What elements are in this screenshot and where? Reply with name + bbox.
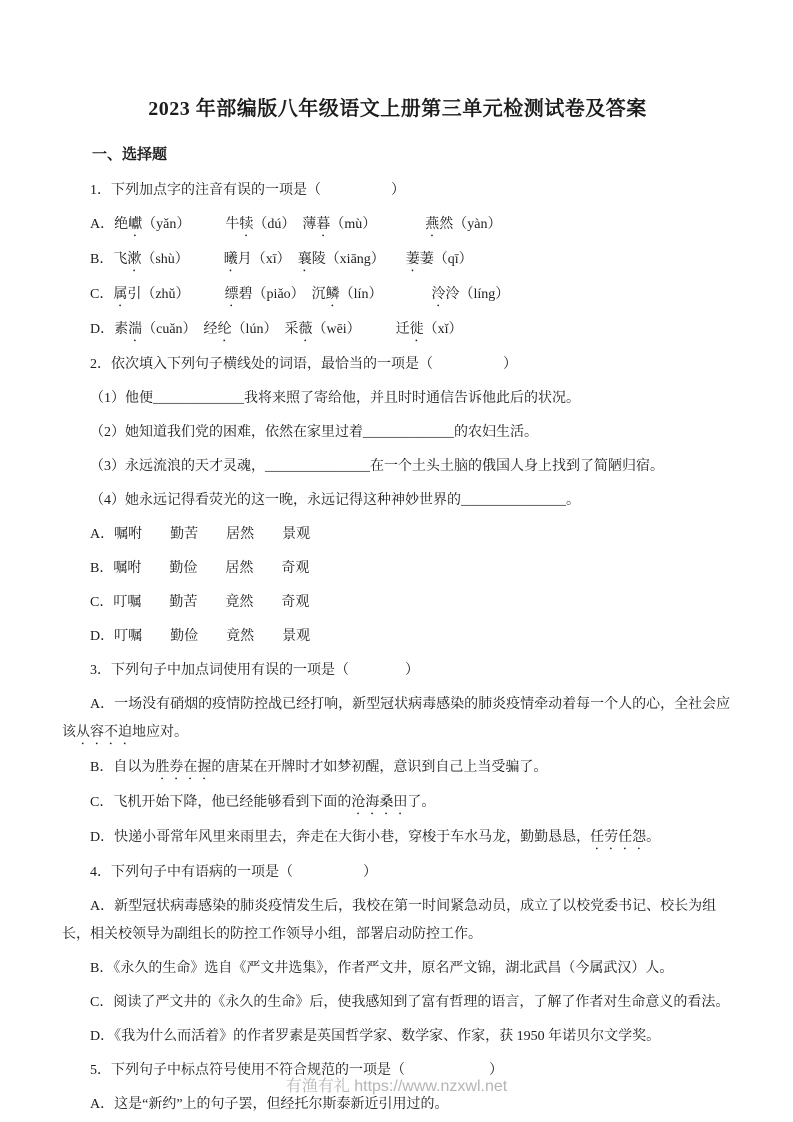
q4-stem: 4．下列句子中有语病的一项是（ ） xyxy=(62,859,733,887)
q4-option-b: B．《永久的生命》选自《严文井选集》，作者严文井，原名严文锦，湖北武昌（今属武汉… xyxy=(62,955,733,983)
q1-stem: 1．下列加点字的注音有误的一项是（ ） xyxy=(62,177,733,205)
q2-option-c: C．叮嘱 勤苦 竟然 奇观 xyxy=(62,589,733,617)
q3-stem: 3．下列句子中加点词使用有误的一项是（ ） xyxy=(62,657,733,685)
page-title: 2023 年部编版八年级语文上册第三单元检测试卷及答案 xyxy=(62,96,733,123)
section-heading: 一、选择题 xyxy=(62,143,733,167)
q2-stem: 2．依次填入下列句子横线处的词语，最恰当的一项是（ ） xyxy=(62,351,733,379)
q2-blank-4: （4）她永远记得看荧光的这一晚，永远记得这种神妙世界的_____________… xyxy=(62,487,733,515)
q2-blank-2: （2）她知道我们党的困难，依然在家里过着_____________的农妇生活。 xyxy=(62,419,733,447)
document-content: 2023 年部编版八年级语文上册第三单元检测试卷及答案 一、选择题 1．下列加点… xyxy=(0,0,793,1119)
q1-option-c: C．属引（zhǔ） 缥碧（piǎo） 沉鳞（lín） 泠泠（líng） xyxy=(62,281,733,310)
q1-option-b: B．飞漱（shù） 曦月（xī） 襄陵（xiāng） 萋萋（qī） xyxy=(62,246,733,275)
q3-option-b: B．自以为胜券在握的唐某在开牌时才如梦初醒，意识到自己上当受骗了。 xyxy=(62,754,733,783)
q2-option-a: A．嘱咐 勤苦 居然 景观 xyxy=(62,521,733,549)
footer-watermark: 有渔有礼 https://www.nzxwl.net xyxy=(0,1073,793,1096)
q2-option-d: D．叮嘱 勤俭 竟然 景观 xyxy=(62,623,733,651)
q3-option-d: D．快递小哥常年风里来雨里去，奔走在大街小巷，穿梭于车水马龙，勤勤恳恳，任劳任怨… xyxy=(62,824,733,853)
document-page: 2023 年部编版八年级语文上册第三单元检测试卷及答案 一、选择题 1．下列加点… xyxy=(0,0,793,1122)
q4-option-c: C．阅读了严文井的《永久的生命》后，使我感知到了富有哲理的语言，了解了作者对生命… xyxy=(62,989,733,1017)
q3-option-c: C．飞机开始下降，他已经能够看到下面的沧海桑田了。 xyxy=(62,789,733,818)
q2-option-b: B．嘱咐 勤俭 居然 奇观 xyxy=(62,555,733,583)
q4-option-a: A．新型冠状病毒感染的肺炎疫情发生后，我校在第一时间紧急动员，成立了以校党委书记… xyxy=(62,893,733,949)
q1-option-a: A．绝巘（yǎn） 牛犊（dú） 薄暮（mù） 燕然（yàn） xyxy=(62,211,733,240)
q4-option-d: D．《我为什么而活着》的作者罗素是英国哲学家、数学家、作家，获 1950 年诺贝… xyxy=(62,1023,733,1051)
q3-option-a: A．一场没有硝烟的疫情防控战已经打响，新型冠状病毒感染的肺炎疫情牵动着每一个人的… xyxy=(62,691,733,748)
q1-option-d: D．素湍（cuǎn） 经纶（lún） 采薇（wēi） 迁徙（xǐ） xyxy=(62,316,733,345)
q2-blank-1: （1）他便_____________我将来照了寄给他，并且时时通信告诉他此后的状… xyxy=(62,385,733,413)
q2-blank-3: （3）永远流浪的天才灵魂，_______________在一个土头土脑的俄国人身… xyxy=(62,453,733,481)
